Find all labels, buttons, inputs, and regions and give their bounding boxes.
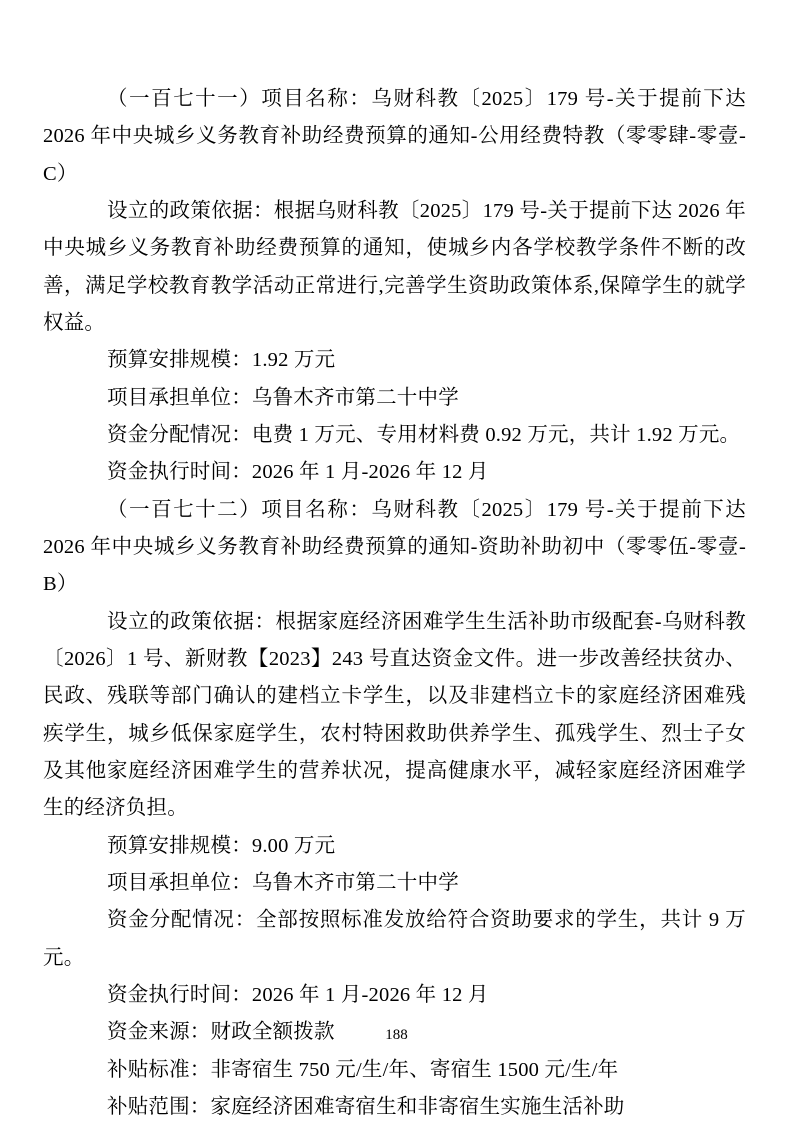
para-172-execution-period: 资金执行时间：2026 年 1 月-2026 年 12 月 xyxy=(43,977,746,1014)
document-body: （一百七十一）项目名称：乌财科教〔2025〕179 号-关于提前下达 2026 … xyxy=(43,81,746,1122)
para-172-fund-allocation: 资金分配情况：全部按照标准发放给符合资助要求的学生，共计 9 万元。 xyxy=(43,902,746,977)
para-172-budget-scale: 预算安排规模：9.00 万元 xyxy=(43,828,746,865)
para-171-policy-basis: 设立的政策依据：根据乌财科教〔2025〕179 号-关于提前下达 2026 年中… xyxy=(43,193,746,342)
para-172-subsidy-standard: 补贴标准：非寄宿生 750 元/生/年、寄宿生 1500 元/生/年 xyxy=(43,1052,746,1089)
para-172-policy-basis: 设立的政策依据：根据家庭经济困难学生生活补助市级配套-乌财科教〔2026〕1 号… xyxy=(43,604,746,828)
para-172-subsidy-scope: 补贴范围：家庭经济困难寄宿生和非寄宿生实施生活补助 xyxy=(43,1089,746,1122)
para-project-172-name: （一百七十二）项目名称：乌财科教〔2025〕179 号-关于提前下达 2026 … xyxy=(43,492,746,604)
para-171-undertaking-unit: 项目承担单位：乌鲁木齐市第二十中学 xyxy=(43,380,746,417)
document-page: （一百七十一）项目名称：乌财科教〔2025〕179 号-关于提前下达 2026 … xyxy=(0,0,793,1122)
para-172-undertaking-unit: 项目承担单位：乌鲁木齐市第二十中学 xyxy=(43,865,746,902)
para-171-execution-period: 资金执行时间：2026 年 1 月-2026 年 12 月 xyxy=(43,454,746,491)
para-171-budget-scale: 预算安排规模：1.92 万元 xyxy=(43,342,746,379)
page-number: 188 xyxy=(385,1027,408,1043)
para-171-fund-allocation: 资金分配情况：电费 1 万元、专用材料费 0.92 万元，共计 1.92 万元。 xyxy=(43,417,746,454)
page-footer: 188 xyxy=(0,1026,793,1044)
para-project-171-name: （一百七十一）项目名称：乌财科教〔2025〕179 号-关于提前下达 2026 … xyxy=(43,81,746,193)
